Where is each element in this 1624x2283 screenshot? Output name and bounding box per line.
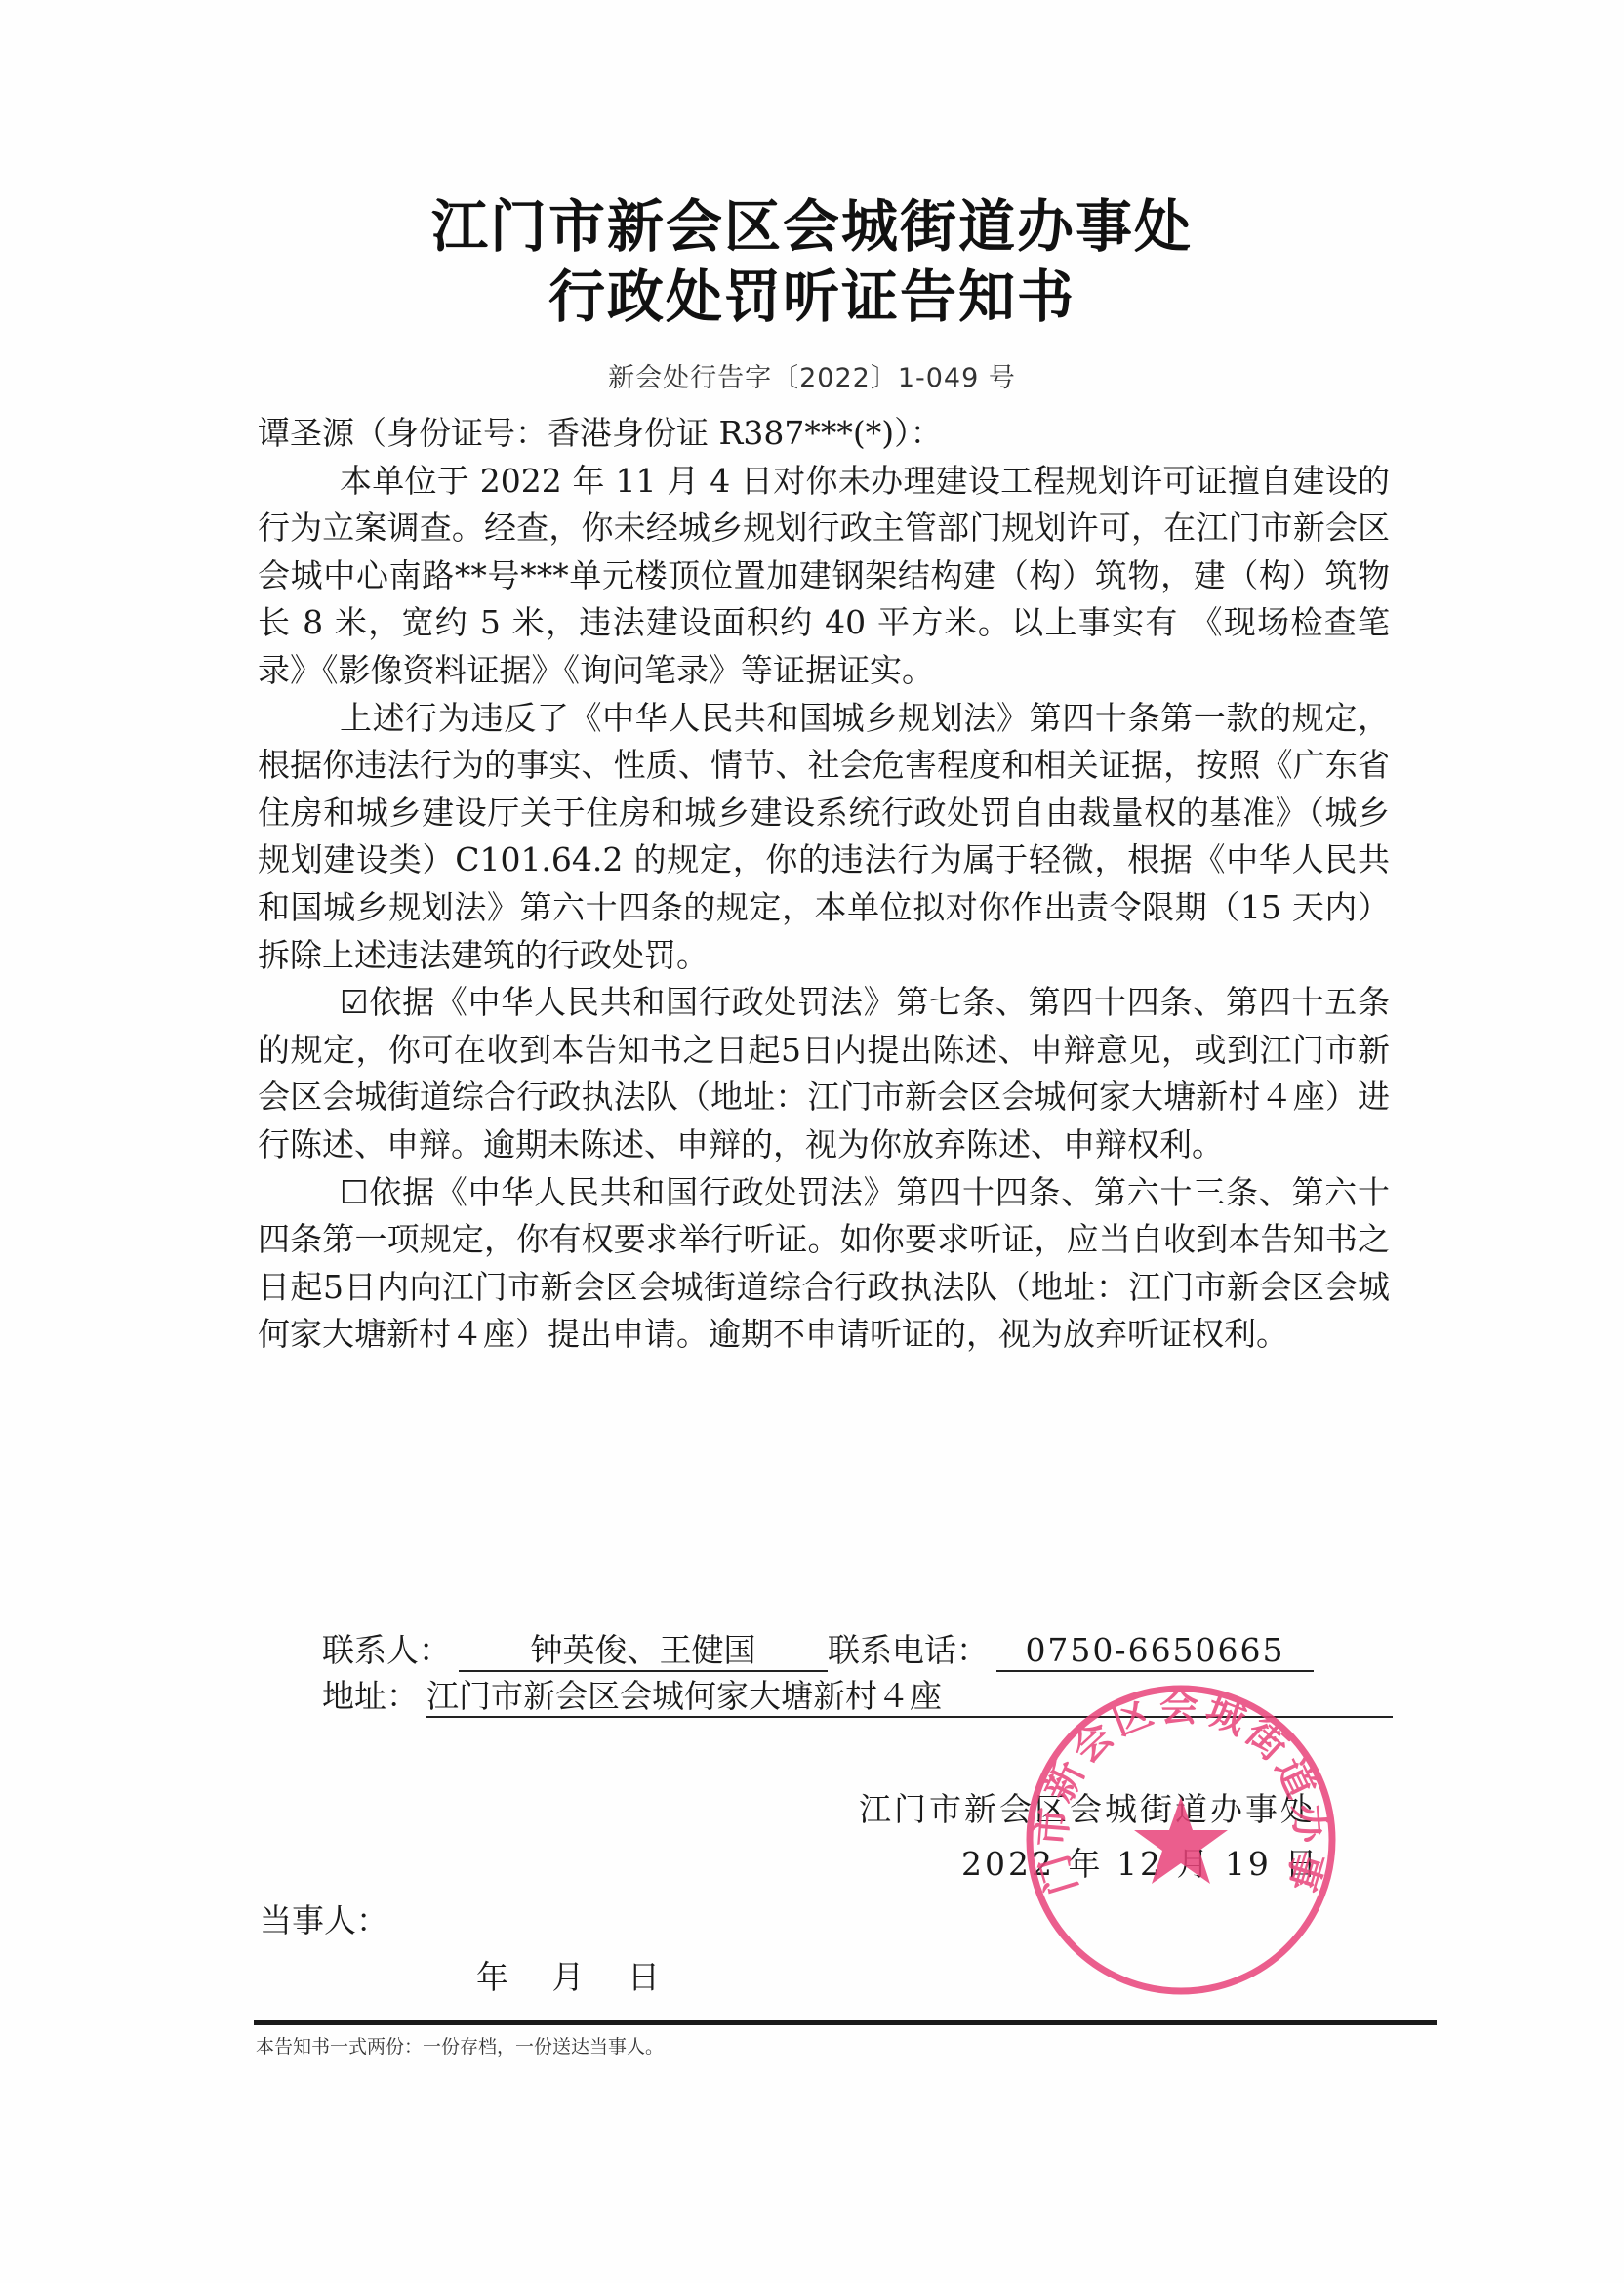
footnote: 本告知书一式两份：一份存档，一份送达当事人。 [256, 2032, 664, 2059]
violation-paragraph: 上述行为违反了《中华人民共和国城乡规划法》第四十条第一款的规定，根据你违法行为的… [258, 695, 1390, 980]
document-page: 江门市新会区会城街道办事处 行政处罚听证告知书 新会处行告字〔2022〕1-04… [0, 0, 1624, 2283]
checkbox-checked-icon: ☑ [340, 983, 369, 1021]
document-number: 新会处行告字〔2022〕1-049 号 [0, 356, 1624, 394]
contact-person-value: 钟英俊、王健国 [459, 1631, 828, 1672]
signing-organization: 江门市新会区会城街道办事处 [859, 1784, 1316, 1830]
option-text: 依据《中华人民共和国行政处罚法》第七条、第四十四条、第四十五条的规定，你可在收到… [258, 983, 1390, 1163]
document-title-issuer: 江门市新会区会城街道办事处 [0, 198, 1624, 255]
contact-row: 联系人：钟英俊、王健国联系电话：0750-6650665 [322, 1625, 1314, 1672]
signing-date: 2022 年 12 月 19 日 [961, 1839, 1319, 1885]
contact-phone-value: 0750-6650665 [996, 1631, 1314, 1672]
contact-person-label: 联系人： [322, 1631, 451, 1669]
addressee: 谭圣源（身份证号：香港身份证 R387***(*)）： [258, 410, 1390, 458]
address-value: 江门市新会区会城何家大塘新村４座 [426, 1677, 1393, 1718]
contact-phone-label: 联系电话： [828, 1631, 989, 1669]
facts-paragraph: 本单位于 2022 年 11 月 4 日对你未办理建设工程规划许可证擅自建设的行… [258, 458, 1390, 695]
option-text: 依据《中华人民共和国行政处罚法》第四十四条、第六十三条、第六十四条第一项规定，你… [258, 1173, 1390, 1354]
address-label: 地址： [322, 1677, 419, 1715]
checkbox-unchecked-icon: ☐ [340, 1173, 369, 1211]
party-signature-label: 当事人： [260, 1896, 388, 1941]
option-hearing-request: ☐依据《中华人民共和国行政处罚法》第四十四条、第六十三条、第六十四条第一项规定，… [258, 1169, 1390, 1359]
address-row: 地址：江门市新会区会城何家大塘新村４座 [322, 1671, 1393, 1718]
party-signature-date: 年 月 日 [476, 1952, 660, 1998]
document-title: 行政处罚听证告知书 [0, 268, 1624, 325]
footer-divider [254, 2020, 1437, 2025]
option-statement-defense: ☑依据《中华人民共和国行政处罚法》第七条、第四十四条、第四十五条的规定，你可在收… [258, 979, 1390, 1168]
document-body: 谭圣源（身份证号：香港身份证 R387***(*)）： 本单位于 2022 年 … [258, 410, 1390, 1359]
